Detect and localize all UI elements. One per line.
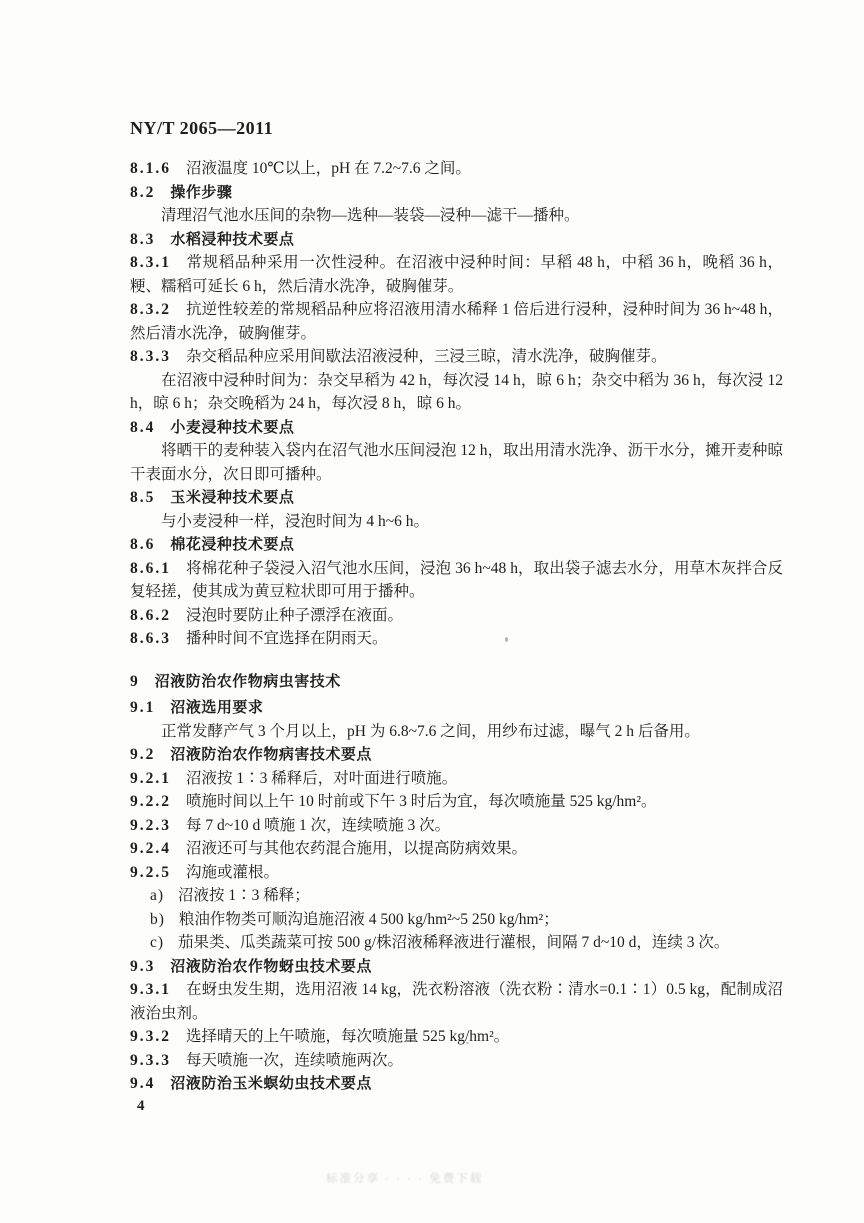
clause-number: 8.5 <box>130 489 155 506</box>
heading-text: 沼液防治农作物蚜虫技术要点 <box>170 958 372 975</box>
heading-text: 沼液防治农作物病虫害技术 <box>155 673 341 690</box>
scan-speck <box>466 1042 469 1044</box>
list-item-a: a)沼液按 1∶3 稀释； <box>130 884 783 908</box>
clause-8.6.1: 8.6.1将棉花种子袋浸入沼气池水压间，浸泡 36 h~48 h，取出袋子滤去水… <box>130 557 783 604</box>
clause-number: 8.6 <box>130 536 155 553</box>
heading-text: 沼液防治玉米螟幼虫技术要点 <box>170 1075 372 1092</box>
clause-9.2.3: 9.2.3每 7 d~10 d 喷施 1 次，连续喷施 3 次。 <box>130 814 783 838</box>
clause-9.2.2: 9.2.2喷施时间以上午 10 时前或下午 3 时后为宜，每次喷施量 525 k… <box>130 790 783 814</box>
heading-9.4: 9.4沼液防治玉米螟幼虫技术要点 <box>130 1072 783 1096</box>
clause-number: 9.3.2 <box>130 1028 171 1045</box>
heading-8.3: 8.3水稻浸种技术要点 <box>130 228 783 252</box>
clause-text: 沼液还可与其他农药混合施用，以提高防病效果。 <box>186 840 527 857</box>
clause-8.1.6: 8.1.6沼液温度 10℃以上，pH 在 7.2~7.6 之间。 <box>130 157 783 181</box>
clause-text: 选择晴天的上午喷施，每次喷施量 525 kg/hm²。 <box>186 1028 509 1045</box>
clause-text: 抗逆性较差的常规稻品种应将沼液用清水稀释 1 倍后进行浸种，浸种时间为 36 h… <box>130 301 783 342</box>
clause-text: 喷施时间以上午 10 时前或下午 3 时后为宜，每次喷施量 525 kg/hm²… <box>186 793 657 810</box>
list-item-b: b)粮油作物类可顺沟追施沼液 4 500 kg/hm²~5 250 kg/hm²… <box>130 908 783 932</box>
document-page: NY/T 2065—2011 8.1.6沼液温度 10℃以上，pH 在 7.2~… <box>0 0 864 1223</box>
clause-number: 8.6.2 <box>130 607 171 624</box>
clause-8.3.2: 8.3.2抗逆性较差的常规稻品种应将沼液用清水稀释 1 倍后进行浸种，浸种时间为… <box>130 298 783 345</box>
clause-number: 8.3.1 <box>130 254 171 271</box>
paragraph: 正常发酵产气 3 个月以上，pH 为 6.8~7.6 之间，用纱布过滤，曝气 2… <box>130 720 783 744</box>
clause-text: 沼液按 1∶3 稀释； <box>178 887 310 904</box>
clause-text: 将晒干的麦种装入袋内在沼气池水压间浸泡 12 h，取出用清水洗净、沥干水分，摊开… <box>130 442 783 483</box>
heading-9.1: 9.1沼液选用要求 <box>130 696 783 720</box>
heading-9.3: 9.3沼液防治农作物蚜虫技术要点 <box>130 955 783 979</box>
scanned-standard-page: { "page": { "standard_number": "NY/T 206… <box>0 0 864 1223</box>
clause-number: 8.3.2 <box>130 301 171 318</box>
heading-9.2: 9.2沼液防治农作物病害技术要点 <box>130 743 783 767</box>
clause-9.2.5: 9.2.5沟施或灌根。 <box>130 861 783 885</box>
clause-text: 沼液温度 10℃以上，pH 在 7.2~7.6 之间。 <box>186 160 471 177</box>
clause-8.3.1: 8.3.1常规稻品种采用一次性浸种。在沼液中浸种时间：早稻 48 h，中稻 36… <box>130 251 783 298</box>
list-item-c: c)茄果类、瓜类蔬菜可按 500 g/株沼液稀释液进行灌根，间隔 7 d~10 … <box>130 931 783 955</box>
clause-text: 每 7 d~10 d 喷施 1 次，连续喷施 3 次。 <box>186 817 450 834</box>
standard-number-header: NY/T 2065—2011 <box>130 118 273 139</box>
clause-number: 8.2 <box>130 184 155 201</box>
clause-text: 将棉花种子袋浸入沼气池水压间，浸泡 36 h~48 h，取出袋子滤去水分，用草木… <box>130 560 783 601</box>
clause-8.6.3: 8.6.3播种时间不宜选择在阴雨天。 <box>130 627 783 651</box>
heading-text: 小麦浸种技术要点 <box>170 419 294 436</box>
clause-number: 9.2 <box>130 746 155 763</box>
clause-number: 9.4 <box>130 1075 155 1092</box>
clause-text: 浸泡时要防止种子漂浮在液面。 <box>186 607 403 624</box>
heading-text: 玉米浸种技术要点 <box>170 489 294 506</box>
heading-8.2: 8.2操作步骤 <box>130 181 783 205</box>
document-body: 8.1.6沼液温度 10℃以上，pH 在 7.2~7.6 之间。8.2操作步骤清… <box>130 157 783 1096</box>
heading-8.4: 8.4小麦浸种技术要点 <box>130 416 783 440</box>
heading-text: 水稻浸种技术要点 <box>170 231 294 248</box>
clause-number: 8.3 <box>130 231 155 248</box>
list-marker: c) <box>150 934 164 951</box>
clause-text: 沟施或灌根。 <box>186 864 279 881</box>
page-number: 4 <box>137 1098 145 1115</box>
heading-8.6: 8.6棉花浸种技术要点 <box>130 533 783 557</box>
clause-text: 清理沼气池水压间的杂物—选种—装袋—浸种—滤干—播种。 <box>161 207 580 224</box>
clause-number: 8.6.1 <box>130 560 171 577</box>
clause-number: 8.3.3 <box>130 348 171 365</box>
clause-text: 粮油作物类可顺沟追施沼液 4 500 kg/hm²~5 250 kg/hm²； <box>179 911 559 928</box>
clause-number: 9.2.2 <box>130 793 171 810</box>
paragraph: 与小麦浸种一样，浸泡时间为 4 h~6 h。 <box>130 510 783 534</box>
paragraph: 清理沼气池水压间的杂物—选种—装袋—浸种—滤干—播种。 <box>130 204 783 228</box>
clause-text: 与小麦浸种一样，浸泡时间为 4 h~6 h。 <box>161 513 429 530</box>
clause-number: 9.2.3 <box>130 817 171 834</box>
clause-8.3.3: 8.3.3杂交稻品种应采用间歇法沼液浸种，三浸三晾，清水洗净，破胸催芽。 <box>130 345 783 369</box>
clause-text: 在蚜虫发生期，选用沼液 14 kg，洗衣粉溶液（洗衣粉∶清水=0.1∶1）0.5… <box>130 981 783 1022</box>
clause-9.3.2: 9.3.2选择晴天的上午喷施，每次喷施量 525 kg/hm²。 <box>130 1025 783 1049</box>
heading-text: 沼液选用要求 <box>170 699 263 716</box>
clause-text: 正常发酵产气 3 个月以上，pH 为 6.8~7.6 之间，用纱布过滤，曝气 2… <box>161 723 700 740</box>
clause-text: 每天喷施一次，连续喷施两次。 <box>186 1052 403 1069</box>
clause-9.2.1: 9.2.1沼液按 1∶3 稀释后，对叶面进行喷施。 <box>130 767 783 791</box>
scan-speck <box>505 637 508 642</box>
clause-number: 9.3.1 <box>130 981 171 998</box>
scan-watermark: 标准分享 · · · · 免费下载 <box>326 1170 556 1186</box>
clause-8.6.2: 8.6.2浸泡时要防止种子漂浮在液面。 <box>130 604 783 628</box>
clause-number: 8.6.3 <box>130 630 171 647</box>
clause-number: 9.2.5 <box>130 864 171 881</box>
heading-text: 沼液防治农作物病害技术要点 <box>170 746 372 763</box>
heading-text: 操作步骤 <box>170 184 232 201</box>
clause-9.3.3: 9.3.3每天喷施一次，连续喷施两次。 <box>130 1049 783 1073</box>
clause-text: 在沼液中浸种时间为：杂交早稻为 42 h，每次浸 14 h，晾 6 h；杂交中稻… <box>130 372 783 413</box>
heading-8.5: 8.5玉米浸种技术要点 <box>130 486 783 510</box>
clause-text: 沼液按 1∶3 稀释后，对叶面进行喷施。 <box>186 770 457 787</box>
clause-text: 播种时间不宜选择在阴雨天。 <box>186 630 388 647</box>
clause-number: 9.3 <box>130 958 155 975</box>
list-marker: a) <box>150 887 164 904</box>
clause-number: 8.4 <box>130 419 155 436</box>
clause-number: 9.3.3 <box>130 1052 171 1069</box>
clause-number: 8.1.6 <box>130 160 171 177</box>
chapter-9: 9沼液防治农作物病虫害技术 <box>130 670 783 694</box>
heading-text: 棉花浸种技术要点 <box>170 536 294 553</box>
clause-number: 9.1 <box>130 699 155 716</box>
paragraph: 在沼液中浸种时间为：杂交早稻为 42 h，每次浸 14 h，晾 6 h；杂交中稻… <box>130 369 783 416</box>
clause-9.3.1: 9.3.1在蚜虫发生期，选用沼液 14 kg，洗衣粉溶液（洗衣粉∶清水=0.1∶… <box>130 978 783 1025</box>
clause-number: 9.2.4 <box>130 840 171 857</box>
list-marker: b) <box>150 911 165 928</box>
paragraph: 将晒干的麦种装入袋内在沼气池水压间浸泡 12 h，取出用清水洗净、沥干水分，摊开… <box>130 439 783 486</box>
clause-text: 茄果类、瓜类蔬菜可按 500 g/株沼液稀释液进行灌根，间隔 7 d~10 d，… <box>178 934 729 951</box>
clause-text: 杂交稻品种应采用间歇法沼液浸种，三浸三晾，清水洗净，破胸催芽。 <box>186 348 667 365</box>
clause-number: 9 <box>130 673 140 690</box>
clause-text: 常规稻品种采用一次性浸种。在沼液中浸种时间：早稻 48 h，中稻 36 h，晚稻… <box>130 254 783 295</box>
clause-number: 9.2.1 <box>130 770 171 787</box>
clause-9.2.4: 9.2.4沼液还可与其他农药混合施用，以提高防病效果。 <box>130 837 783 861</box>
